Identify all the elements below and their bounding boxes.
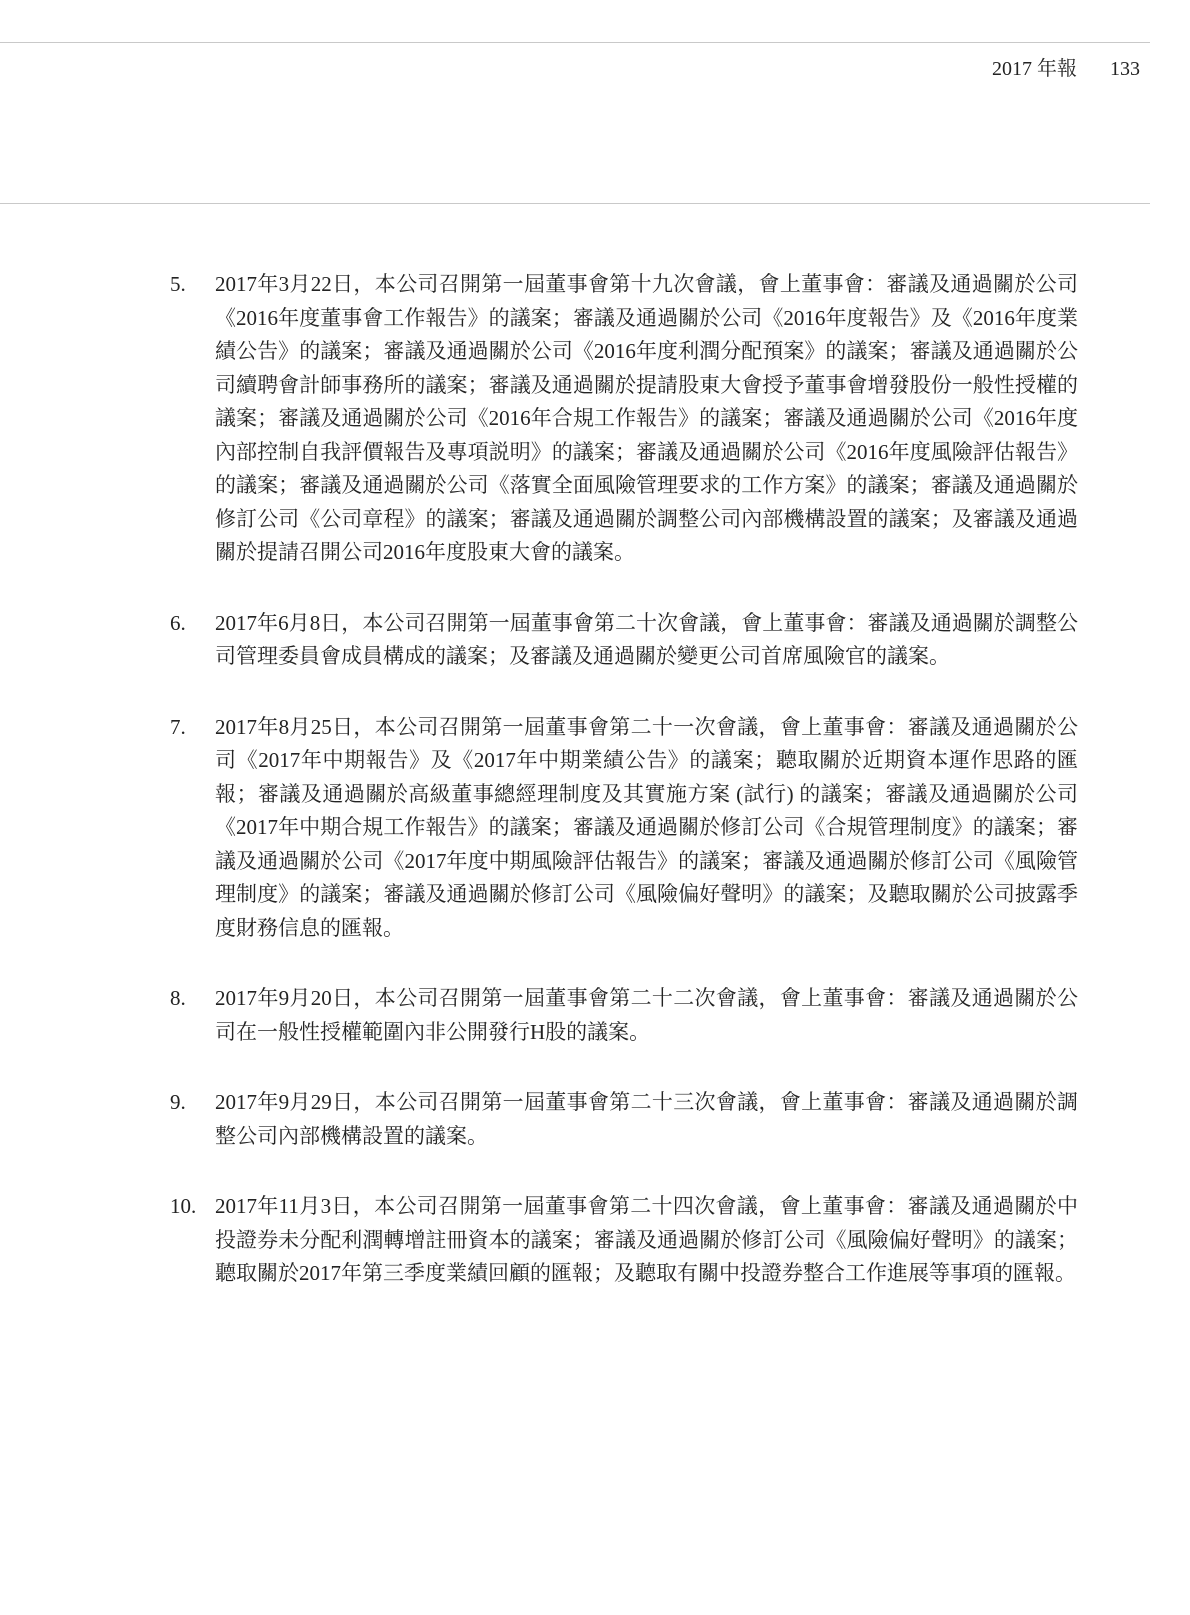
list-item: 5. 2017年3月22日，本公司召開第一屆董事會第十九次會議，會上董事會：審議… [170,268,1078,570]
list-item: 8. 2017年9月20日，本公司召開第一屆董事會第二十二次會議，會上董事會：審… [170,982,1078,1049]
list-item-number: 6. [170,607,215,641]
header-bottom-rule [0,203,1150,204]
list-item-text: 2017年9月20日，本公司召開第一屆董事會第二十二次會議，會上董事會：審議及通… [215,982,1078,1049]
list-item-text: 2017年6月8日，本公司召開第一屆董事會第二十次會議，會上董事會：審議及通過關… [215,607,1078,674]
list-item-number: 9. [170,1086,215,1120]
list-item-text: 2017年3月22日，本公司召開第一屆董事會第十九次會議，會上董事會：審議及通過… [215,268,1078,570]
list-item: 7. 2017年8月25日，本公司召開第一屆董事會第二十一次會議，會上董事會：審… [170,711,1078,946]
list-item-text: 2017年11月3日，本公司召開第一屆董事會第二十四次會議，會上董事會：審議及通… [215,1190,1078,1291]
list-item-text: 2017年9月29日，本公司召開第一屆董事會第二十三次會議，會上董事會：審議及通… [215,1086,1078,1153]
report-title: 2017 年報 [992,52,1077,81]
list-item-number: 8. [170,982,215,1016]
page-number: 133 [1110,58,1140,81]
list-item-number: 7. [170,711,215,745]
page-header: 2017 年報 133 [0,52,1140,81]
list-item: 9. 2017年9月29日，本公司召開第一屆董事會第二十三次會議，會上董事會：審… [170,1086,1078,1153]
document-page: 2017 年報 133 5. 2017年3月22日，本公司召開第一屆董事會第十九… [0,0,1190,1615]
list-item-number: 5. [170,268,215,302]
list-item: 10. 2017年11月3日，本公司召開第一屆董事會第二十四次會議，會上董事會：… [170,1190,1078,1291]
meeting-resolutions-list: 5. 2017年3月22日，本公司召開第一屆董事會第十九次會議，會上董事會：審議… [170,268,1078,1328]
header-top-rule [0,42,1150,43]
list-item-text: 2017年8月25日，本公司召開第一屆董事會第二十一次會議，會上董事會：審議及通… [215,711,1078,946]
list-item-number: 10. [170,1190,215,1224]
list-item: 6. 2017年6月8日，本公司召開第一屆董事會第二十次會議，會上董事會：審議及… [170,607,1078,674]
